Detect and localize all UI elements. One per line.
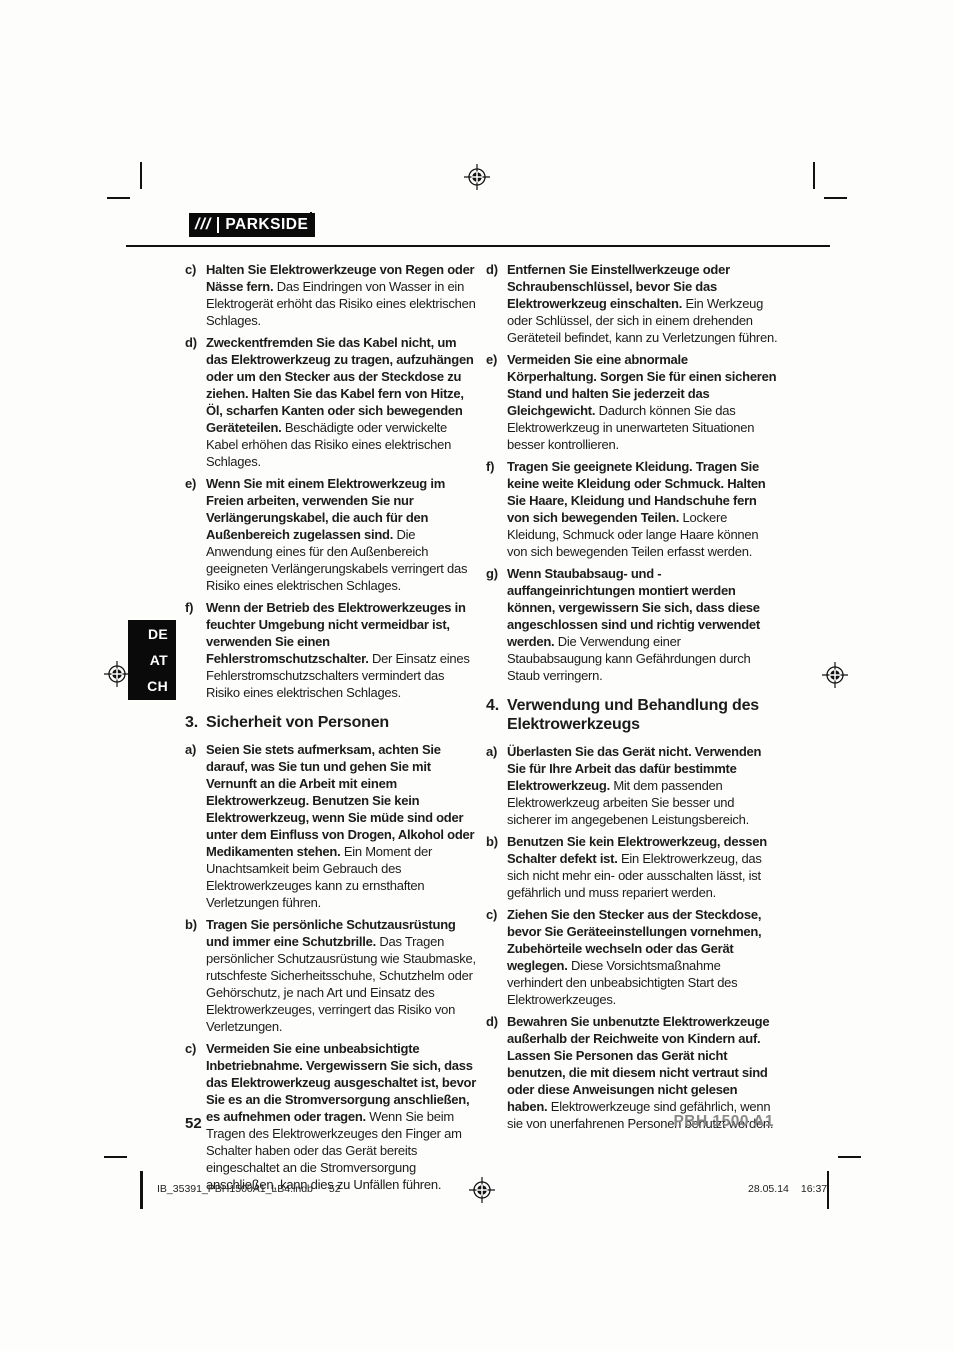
crop-mark-top-right-h: [824, 197, 847, 199]
item-text: Vermeiden Sie eine abnormale Körperhaltu…: [507, 351, 778, 453]
left-post-items: a) Seien Sie stets aufmerksam, achten Si…: [185, 741, 477, 1193]
left-column: c) Halten Sie Elektrowerkzeuge von Regen…: [185, 261, 477, 1198]
item-text: Tragen Sie persönliche Schutzausrüstung …: [206, 916, 477, 1035]
item-text: Wenn Sie mit einem Elektrowerkzeug im Fr…: [206, 475, 477, 594]
item-text: Halten Sie Elektrowerkzeuge von Regen od…: [206, 261, 477, 329]
item-text: Wenn Staubabsaug- und -auffangeinrichtun…: [507, 565, 778, 684]
right-column: d) Entfernen Sie Einstellwerkzeuge oder …: [486, 261, 778, 1137]
manual-page: /// PARKSIDE DE AT CH c) Halten Sie Elek…: [0, 0, 954, 1351]
item-letter: f): [486, 458, 507, 560]
item-text: Tragen Sie geeignete Kleidung. Tragen Si…: [507, 458, 778, 560]
registration-mark-icon: [822, 662, 848, 688]
item-letter: a): [185, 741, 206, 911]
item-letter: b): [185, 916, 206, 1035]
parkside-logo: /// PARKSIDE: [189, 213, 315, 237]
list-item: a) Überlasten Sie das Gerät nicht. Verwe…: [486, 743, 778, 828]
item-text: Vermeiden Sie eine unbeabsichtigte Inbet…: [206, 1040, 477, 1193]
list-item: c) Vermeiden Sie eine unbeabsichtigte In…: [185, 1040, 477, 1193]
region-tab-label: AT: [128, 647, 168, 673]
header-rule: [126, 245, 830, 247]
left-pre-items: c) Halten Sie Elektrowerkzeuge von Regen…: [185, 261, 477, 701]
section-heading-4: 4. Verwendung und Behandlung des Elektro…: [486, 696, 778, 734]
item-letter: f): [185, 599, 206, 701]
print-info-right-rule: [827, 1171, 829, 1209]
list-item: f) Wenn der Betrieb des Elektrowerkzeuge…: [185, 599, 477, 701]
model-number: PBH 1500 A1: [486, 1113, 774, 1131]
region-tab-label: CH: [128, 673, 168, 699]
logo-text: PARKSIDE: [225, 216, 308, 234]
registration-mark-icon: [104, 661, 130, 687]
print-date: 28.05.14: [748, 1183, 789, 1195]
print-file-page: 52: [329, 1183, 341, 1195]
list-item: e) Wenn Sie mit einem Elektrowerkzeug im…: [185, 475, 477, 594]
right-pre-items: d) Entfernen Sie Einstellwerkzeuge oder …: [486, 261, 778, 684]
right-post-items: a) Überlasten Sie das Gerät nicht. Verwe…: [486, 743, 778, 1132]
print-file-name: IB_35391_PBH1500A1_LB4.indb: [157, 1183, 313, 1195]
logo-divider: [217, 217, 219, 233]
item-letter: e): [185, 475, 206, 594]
list-item: c) Halten Sie Elektrowerkzeuge von Regen…: [185, 261, 477, 329]
section-heading-3: 3. Sicherheit von Personen: [185, 713, 477, 732]
item-letter: c): [185, 261, 206, 329]
crop-mark-top-right-v: [813, 162, 815, 189]
print-info-left-rule: [141, 1171, 143, 1209]
crop-mark-bottom-left-h: [104, 1156, 127, 1158]
print-info-file: IB_35391_PBH1500A1_LB4.indb52: [157, 1183, 341, 1195]
item-text: Zweckentfremden Sie das Kabel nicht, um …: [206, 334, 477, 470]
item-text: Überlasten Sie das Gerät nicht. Verwende…: [507, 743, 778, 828]
item-letter: e): [486, 351, 507, 453]
list-item: d) Entfernen Sie Einstellwerkzeuge oder …: [486, 261, 778, 346]
item-letter: b): [486, 833, 507, 901]
item-letter: c): [486, 906, 507, 1008]
list-item: b) Tragen Sie persönliche Schutzausrüstu…: [185, 916, 477, 1035]
region-tab: DE AT CH: [128, 620, 176, 700]
list-item: f) Tragen Sie geeignete Kleidung. Tragen…: [486, 458, 778, 560]
trademark-tick: [310, 212, 312, 216]
item-text: Entfernen Sie Einstellwerkzeuge oder Sch…: [507, 261, 778, 346]
item-text: Wenn der Betrieb des Elektrowerkzeuges i…: [206, 599, 477, 701]
item-letter: g): [486, 565, 507, 684]
item-letter: d): [486, 261, 507, 346]
list-item: a) Seien Sie stets aufmerksam, achten Si…: [185, 741, 477, 911]
logo-slashes-icon: ///: [195, 216, 211, 234]
list-item: g) Wenn Staubabsaug- und -auffangeinrich…: [486, 565, 778, 684]
print-time: 16:37: [801, 1183, 827, 1195]
page-number: 52: [185, 1115, 202, 1132]
item-text: Ziehen Sie den Stecker aus der Steckdose…: [507, 906, 778, 1008]
crop-mark-top-left-v: [140, 162, 142, 189]
item-letter: a): [486, 743, 507, 828]
crop-mark-top-left-h: [107, 197, 130, 199]
list-item: b) Benutzen Sie kein Elektrowerkzeug, de…: [486, 833, 778, 901]
list-item: d) Zweckentfremden Sie das Kabel nicht, …: [185, 334, 477, 470]
region-tab-label: DE: [128, 621, 168, 647]
list-item: e) Vermeiden Sie eine abnormale Körperha…: [486, 351, 778, 453]
print-info-datetime: 28.05.1416:37: [748, 1183, 827, 1195]
crop-mark-bottom-right-h: [838, 1156, 861, 1158]
item-text: Seien Sie stets aufmerksam, achten Sie d…: [206, 741, 477, 911]
item-letter: d): [185, 334, 206, 470]
registration-mark-icon: [464, 164, 490, 190]
list-item: c) Ziehen Sie den Stecker aus der Steckd…: [486, 906, 778, 1008]
item-text: Benutzen Sie kein Elektrowerkzeug, desse…: [507, 833, 778, 901]
